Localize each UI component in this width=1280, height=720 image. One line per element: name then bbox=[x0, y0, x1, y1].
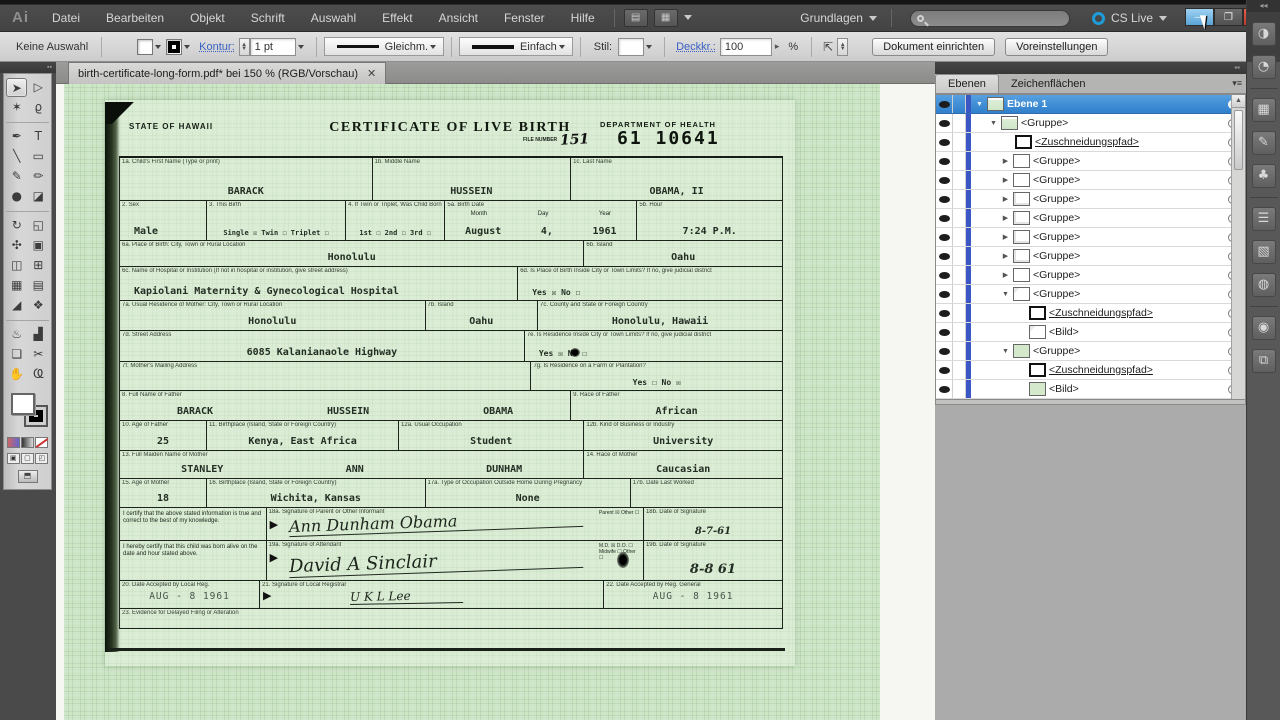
eye-icon bbox=[939, 101, 950, 108]
lock-toggle[interactable] bbox=[953, 133, 966, 151]
menu-separator bbox=[614, 9, 615, 27]
disclosure-icon[interactable]: ▶ bbox=[1001, 195, 1010, 203]
field-label: 7a. Usual Residence of Mother: City, Tow… bbox=[122, 302, 282, 309]
eye-icon bbox=[939, 310, 950, 317]
visibility-toggle[interactable] bbox=[936, 152, 953, 170]
lock-toggle[interactable] bbox=[953, 95, 966, 113]
lock-toggle[interactable] bbox=[953, 266, 966, 284]
eye-icon bbox=[939, 272, 950, 279]
menu-ansicht[interactable]: Ansicht bbox=[426, 7, 491, 29]
stroke-width-caret-icon[interactable] bbox=[298, 45, 304, 49]
field-label: 16. Birthplace (Island, State or Foreign… bbox=[209, 480, 336, 487]
color-panel-icon[interactable]: ◑ bbox=[1252, 22, 1276, 46]
disclosure-icon[interactable]: ▼ bbox=[989, 120, 998, 127]
disclosure-icon[interactable]: ▼ bbox=[1001, 348, 1010, 355]
field-value: OBAMA bbox=[483, 406, 513, 417]
brush-label: Einfach bbox=[520, 41, 557, 53]
layer-row[interactable]: <Bild> bbox=[936, 323, 1245, 342]
cs-live-caret-icon bbox=[1159, 16, 1167, 21]
signature-arrow-icon: ▶ bbox=[263, 589, 271, 602]
zoom-tool[interactable]: Ҩ bbox=[28, 365, 49, 384]
field-value: Yes ☒ No ☐ bbox=[518, 288, 782, 297]
percent-label: % bbox=[788, 41, 798, 53]
layers-panel-footer bbox=[935, 400, 1246, 405]
disclosure-icon[interactable]: ▼ bbox=[1001, 291, 1010, 298]
eraser-tool[interactable]: ◪ bbox=[28, 187, 49, 206]
eyedropper-tool[interactable]: ◢ bbox=[6, 296, 27, 315]
layer-name[interactable]: <Gruppe> bbox=[1033, 345, 1080, 357]
field-value: August bbox=[465, 226, 501, 237]
menu-separator bbox=[891, 9, 892, 27]
none-mode-button[interactable] bbox=[35, 437, 48, 448]
disclosure-icon[interactable]: ▶ bbox=[1001, 252, 1010, 260]
field-value: DUNHAM bbox=[486, 464, 522, 475]
separator bbox=[451, 37, 452, 57]
isolate-stepper[interactable]: ▲▼ bbox=[837, 38, 848, 56]
draw-inside-button[interactable]: ◰ bbox=[35, 453, 48, 464]
visibility-toggle[interactable] bbox=[936, 133, 953, 151]
profile-caret-icon bbox=[430, 45, 436, 49]
field-label: 7f. Mother's Mailing Address bbox=[122, 363, 197, 370]
mesh-tool[interactable]: ▦ bbox=[6, 276, 27, 295]
field-value: Honolulu, Hawaii bbox=[538, 316, 782, 327]
column-graph-tool[interactable]: ▟ bbox=[28, 325, 49, 344]
visibility-toggle[interactable] bbox=[936, 304, 953, 322]
stroke-color-swatch[interactable] bbox=[166, 39, 182, 55]
layer-row[interactable]: ▼<Gruppe> bbox=[936, 114, 1245, 133]
eye-icon bbox=[939, 329, 950, 336]
blend-tool[interactable]: ❖ bbox=[28, 296, 49, 315]
screen-mode-button[interactable]: ⬒ bbox=[18, 470, 38, 483]
panel-collapse-icon[interactable]: ▪▪ bbox=[935, 62, 1246, 74]
fill-stroke-indicator[interactable] bbox=[8, 393, 47, 433]
field-label: 6b. Island bbox=[586, 242, 612, 249]
search-icon bbox=[917, 15, 924, 22]
search-input[interactable] bbox=[910, 10, 1070, 27]
collapsed-panel-dock: ◂◂ ◑ ◔ ▦ ✎ ♣ ☰ ▧ ◍ ◉ ⧉ bbox=[1246, 0, 1280, 720]
layer-name[interactable]: <Gruppe> bbox=[1033, 250, 1080, 262]
selection-status: Keine Auswahl bbox=[16, 41, 88, 53]
document-window: birth-certificate-long-form.pdf* bei 150… bbox=[56, 62, 935, 720]
layer-thumbnail bbox=[1029, 325, 1046, 339]
eye-icon bbox=[939, 348, 950, 355]
field-label: 22. Date Accepted by Reg. General bbox=[606, 582, 700, 589]
layer-thumbnail bbox=[1013, 154, 1030, 168]
field-value: Caucasian bbox=[584, 464, 782, 475]
field-label: 12b. Kind of Business or Industry bbox=[586, 422, 674, 429]
opacity-link[interactable]: Deckkr.: bbox=[676, 41, 716, 53]
style-caret-icon[interactable] bbox=[646, 45, 652, 49]
layer-name[interactable]: <Gruppe> bbox=[1021, 117, 1068, 129]
tab-zeichenflaechen[interactable]: Zeichenflächen bbox=[999, 75, 1098, 93]
document-tab-title: birth-certificate-long-form.pdf* bei 150… bbox=[78, 68, 358, 80]
cs-live-label: CS Live bbox=[1111, 11, 1153, 25]
lock-toggle[interactable] bbox=[953, 190, 966, 208]
parent-other-checkboxes: Parent ☒ Other ☐ bbox=[599, 510, 641, 516]
fill-proxy[interactable] bbox=[11, 393, 35, 415]
field-value: 18 bbox=[120, 493, 206, 504]
field-label: 14. Race of Mother bbox=[586, 452, 637, 459]
width-profile-dropdown[interactable]: Gleichm. bbox=[324, 37, 444, 56]
layer-thumbnail bbox=[1029, 382, 1046, 396]
workspace-label: Grundlagen bbox=[800, 11, 863, 25]
visibility-toggle[interactable] bbox=[936, 171, 953, 189]
layer-row[interactable]: ▶<Gruppe> bbox=[936, 152, 1245, 171]
field-value: Yes ☒ No ☐ bbox=[525, 349, 782, 358]
workspace-caret-icon bbox=[869, 16, 877, 21]
layer-thumbnail bbox=[1013, 211, 1030, 225]
birth-certificate-document[interactable]: STATE OF HAWAII CERTIFICATE OF LIVE BIRT… bbox=[105, 100, 795, 666]
gradient-tool[interactable]: ▤ bbox=[28, 276, 49, 295]
pencil-tool[interactable]: ✏ bbox=[28, 167, 49, 186]
field-label: 2. Sex bbox=[122, 202, 139, 209]
swatches-panel-icon[interactable]: ▦ bbox=[1252, 98, 1276, 122]
opacity-value: 100 bbox=[725, 41, 743, 53]
lock-toggle[interactable] bbox=[953, 285, 966, 303]
layer-name[interactable]: <Zuschneidungspfad> bbox=[1035, 136, 1139, 148]
opacity-input[interactable]: 100 bbox=[720, 38, 772, 56]
sub-label: Year bbox=[599, 211, 611, 217]
disclosure-icon[interactable]: ▶ bbox=[1001, 271, 1010, 279]
color-guide-panel-icon[interactable]: ◔ bbox=[1252, 55, 1276, 79]
profile-label: Gleichm. bbox=[385, 41, 428, 53]
field-label: 9. Race of Father bbox=[573, 392, 619, 399]
visibility-toggle[interactable] bbox=[936, 361, 953, 379]
field-label: 3. This Birth bbox=[209, 202, 241, 209]
eye-icon bbox=[939, 367, 950, 374]
ink-blob bbox=[617, 552, 629, 568]
visibility-toggle[interactable] bbox=[936, 209, 953, 227]
lock-toggle[interactable] bbox=[953, 247, 966, 265]
field-label: 20. Date Accepted by Local Reg. bbox=[122, 582, 209, 589]
width-tool[interactable]: ✣ bbox=[6, 236, 27, 255]
scroll-up-icon[interactable]: ▲ bbox=[1232, 95, 1245, 108]
layer-row[interactable]: ▶<Gruppe> bbox=[936, 266, 1245, 285]
layer-thumbnail bbox=[1001, 116, 1018, 130]
appearance-panel-icon[interactable]: ◉ bbox=[1252, 316, 1276, 340]
tab-close-icon[interactable]: ✕ bbox=[367, 67, 376, 80]
lasso-tool[interactable]: ϱ bbox=[28, 98, 49, 117]
field-label: 7b. Island bbox=[428, 302, 454, 309]
signature-date: 8-7-61 bbox=[644, 526, 782, 537]
lock-toggle[interactable] bbox=[953, 114, 966, 132]
layer-thumbnail bbox=[1013, 192, 1030, 206]
tab-ebenen[interactable]: Ebenen bbox=[935, 74, 999, 93]
lock-toggle[interactable] bbox=[953, 380, 966, 398]
field-value: Single ☒ Twin ☐ Triplet ☐ bbox=[207, 229, 345, 237]
layer-name[interactable]: <Gruppe> bbox=[1033, 174, 1080, 186]
visibility-toggle[interactable] bbox=[936, 380, 953, 398]
visibility-toggle[interactable] bbox=[936, 323, 953, 341]
disclosure-icon[interactable]: ▶ bbox=[1001, 214, 1010, 222]
field-label: 6d. Is Place of Birth Inside City or Tow… bbox=[520, 268, 712, 275]
separator bbox=[580, 37, 581, 57]
dock-separator bbox=[1250, 88, 1278, 89]
opacity-spinner-icon[interactable]: ▸ bbox=[775, 41, 780, 52]
workspace-switcher[interactable]: Grundlagen bbox=[792, 8, 885, 28]
dock-expand-icon[interactable]: ◂◂ bbox=[1247, 0, 1280, 12]
selection-tool[interactable]: ➤ bbox=[6, 78, 27, 97]
gradient-panel-icon[interactable]: ▧ bbox=[1252, 240, 1276, 264]
eye-icon bbox=[939, 158, 950, 165]
certify-statement: I certify that the above stated informat… bbox=[120, 508, 266, 525]
layer-row[interactable]: ▶<Gruppe> bbox=[936, 171, 1245, 190]
scrollbar-thumb[interactable] bbox=[1234, 110, 1243, 170]
gradient-mode-button[interactable] bbox=[21, 437, 34, 448]
field-value: ANN bbox=[346, 464, 364, 475]
eye-icon bbox=[939, 253, 950, 260]
layers-panel-tabs: Ebenen Zeichenflächen ▾≡ bbox=[935, 74, 1246, 94]
visibility-toggle[interactable] bbox=[936, 190, 953, 208]
symbols-panel-icon[interactable]: ♣ bbox=[1252, 164, 1276, 188]
draw-normal-button[interactable]: ▣ bbox=[7, 453, 20, 464]
symbol-sprayer-tool[interactable]: ♨ bbox=[6, 325, 27, 344]
layer-thumbnail bbox=[1013, 173, 1030, 187]
menu-fenster[interactable]: Fenster bbox=[491, 7, 558, 29]
visibility-toggle[interactable] bbox=[936, 114, 953, 132]
field-label: 21. Signature of Local Registrar bbox=[262, 582, 346, 589]
color-mode-button[interactable] bbox=[7, 437, 20, 448]
transparency-panel-icon[interactable]: ◍ bbox=[1252, 273, 1276, 297]
field-label: 23. Evidence for Delayed Filing or Alter… bbox=[122, 610, 239, 617]
lock-toggle[interactable] bbox=[953, 342, 966, 360]
layer-name[interactable]: <Bild> bbox=[1049, 383, 1079, 395]
menu-schrift[interactable]: Schrift bbox=[238, 7, 298, 29]
paintbrush-tool[interactable]: ✎ bbox=[6, 167, 27, 186]
field-label: 19a. Signature of Attendant bbox=[269, 542, 342, 549]
menu-datei[interactable]: Datei bbox=[39, 7, 93, 29]
style-label: Stil: bbox=[594, 41, 612, 53]
shape-builder-tool[interactable]: ◫ bbox=[6, 256, 27, 275]
document-setup-button[interactable]: Dokument einrichten bbox=[872, 38, 995, 56]
date-stamp: AUG - 8 1961 bbox=[604, 591, 782, 602]
control-bar: Keine Auswahl Kontur: ▲▼ 1 pt Gleichm. E… bbox=[0, 32, 1280, 62]
layer-thumbnail bbox=[1013, 268, 1030, 282]
hand-tool[interactable]: ✋ bbox=[6, 365, 27, 384]
field-label: 18b. Date of Signature bbox=[646, 509, 706, 516]
layer-name[interactable]: <Gruppe> bbox=[1033, 288, 1080, 300]
uniform-profile-icon bbox=[337, 45, 379, 48]
lock-toggle[interactable] bbox=[953, 152, 966, 170]
field-label: 11. Birthplace (Island, State or Foreign… bbox=[209, 422, 336, 429]
tools-collapse-icon[interactable]: ▪▪ bbox=[0, 62, 56, 73]
field-label: 12a. Usual Occupation bbox=[401, 422, 462, 429]
ink-blob bbox=[570, 348, 580, 357]
date-stamp: AUG - 8 1961 bbox=[120, 591, 259, 602]
field-label: 1b. Middle Name bbox=[375, 159, 420, 166]
disclosure-icon[interactable]: ▶ bbox=[1001, 233, 1010, 241]
signature-arrow-icon: ▶ bbox=[270, 518, 278, 531]
field-value: 1961 bbox=[592, 226, 616, 237]
lock-toggle[interactable] bbox=[953, 209, 966, 227]
cs-live-icon bbox=[1092, 12, 1105, 25]
tools-panel: ▪▪ ➤ ▷ ✶ ϱ ✒ T ╲ ▭ ✎ ✏ ● ◪ ↻ ◱ bbox=[0, 62, 56, 720]
field-label: 5a. Birth Date bbox=[447, 202, 484, 209]
stroke-width-input[interactable]: 1 pt bbox=[250, 38, 296, 56]
basic-brush-icon bbox=[472, 45, 514, 49]
field-value: 1st ☐ 2nd ☐ 3rd ☐ bbox=[346, 229, 444, 237]
field-label: 1c. Last Name bbox=[573, 159, 612, 166]
field-label: 6c. Name of Hospital or Institution (If … bbox=[122, 268, 348, 275]
lock-toggle[interactable] bbox=[953, 323, 966, 341]
layer-row[interactable]: ▶<Gruppe> bbox=[936, 190, 1245, 209]
page-binding-edge bbox=[105, 108, 120, 652]
field-label: 5b. Hour bbox=[639, 202, 662, 209]
layer-row[interactable]: <Bild> bbox=[936, 380, 1245, 399]
rectangle-tool[interactable]: ▭ bbox=[28, 147, 49, 166]
stroke-panel-link[interactable]: Kontur: bbox=[199, 41, 234, 53]
arrange-documents-icon[interactable]: ▦ bbox=[654, 9, 678, 27]
direct-selection-tool[interactable]: ▷ bbox=[28, 78, 49, 97]
lock-toggle[interactable] bbox=[953, 171, 966, 189]
brush-caret-icon bbox=[559, 45, 565, 49]
blob-brush-tool[interactable]: ● bbox=[6, 187, 27, 206]
layer-row[interactable]: ▶<Gruppe> bbox=[936, 209, 1245, 228]
lock-toggle[interactable] bbox=[953, 228, 966, 246]
panel-menu-icon[interactable]: ▾≡ bbox=[1232, 78, 1242, 89]
visibility-toggle[interactable] bbox=[936, 228, 953, 246]
disclosure-icon[interactable]: ▼ bbox=[975, 101, 984, 108]
field-label: 8. Full Name of Father bbox=[122, 392, 182, 399]
field-label: 4. If Twin or Triplet, Was Child Born bbox=[348, 202, 442, 209]
lock-toggle[interactable] bbox=[953, 304, 966, 322]
dock-separator bbox=[1250, 306, 1278, 307]
pen-tool[interactable]: ✒ bbox=[6, 127, 27, 146]
perspective-grid-tool[interactable]: ⊞ bbox=[28, 256, 49, 275]
eye-icon bbox=[939, 177, 950, 184]
rotate-tool[interactable]: ↻ bbox=[6, 216, 27, 235]
illustrator-logo: Ai bbox=[12, 9, 29, 26]
artwork-canvas[interactable]: STATE OF HAWAII CERTIFICATE OF LIVE BIRT… bbox=[64, 84, 880, 720]
field-value: University bbox=[584, 436, 782, 447]
preferences-button[interactable]: Voreinstellungen bbox=[1005, 38, 1108, 56]
field-label: 19b. Date of Signature bbox=[646, 542, 706, 549]
layer-row[interactable]: <Zuschneidungspfad> bbox=[936, 304, 1245, 323]
separator bbox=[664, 37, 665, 57]
line-segment-tool[interactable]: ╲ bbox=[6, 147, 27, 166]
layer-row[interactable]: ▶<Gruppe> bbox=[936, 247, 1245, 266]
cs-live-menu[interactable]: CS Live bbox=[1092, 11, 1167, 25]
layer-row[interactable]: <Zuschneidungspfad> bbox=[936, 133, 1245, 152]
field-value: Honolulu bbox=[120, 316, 425, 327]
field-value: Oahu bbox=[426, 316, 538, 327]
lock-toggle[interactable] bbox=[953, 361, 966, 379]
field-value: 7:24 P.M. bbox=[637, 226, 782, 237]
eye-icon bbox=[939, 120, 950, 127]
certificate-form: 1a. Child's First Name (Type or print)BA… bbox=[119, 158, 783, 629]
layer-row[interactable]: ▼Ebene 1 bbox=[936, 95, 1245, 114]
stroke-caret-icon[interactable] bbox=[184, 45, 190, 49]
layer-thumbnail bbox=[1013, 249, 1030, 263]
menu-hilfe[interactable]: Hilfe bbox=[558, 7, 608, 29]
scale-tool[interactable]: ◱ bbox=[28, 216, 49, 235]
visibility-toggle[interactable] bbox=[936, 247, 953, 265]
restore-button[interactable]: ❐ bbox=[1214, 8, 1243, 26]
draw-behind-button[interactable]: ▢ bbox=[21, 453, 34, 464]
layer-thumbnail bbox=[987, 97, 1004, 111]
layer-row[interactable]: ▼<Gruppe> bbox=[936, 342, 1245, 361]
layer-name[interactable]: <Gruppe> bbox=[1033, 269, 1080, 281]
fill-color-swatch[interactable] bbox=[137, 39, 153, 55]
menu-objekt[interactable]: Objekt bbox=[177, 7, 238, 29]
certify-statement: I hereby certify that this child was bor… bbox=[120, 541, 266, 558]
field-value: HUSSEIN bbox=[373, 186, 571, 197]
layer-name[interactable]: Ebene 1 bbox=[1007, 98, 1047, 110]
main-menu: Datei Bearbeiten Objekt Schrift Auswahl … bbox=[39, 7, 608, 29]
disclosure-icon[interactable]: ▶ bbox=[1001, 157, 1010, 165]
layer-name[interactable]: <Zuschneidungspfad> bbox=[1049, 364, 1153, 376]
sub-label: Day bbox=[538, 211, 549, 217]
brushes-panel-icon[interactable]: ✎ bbox=[1252, 131, 1276, 155]
fill-caret-icon[interactable] bbox=[155, 45, 161, 49]
signature-date: 8-8 61 bbox=[644, 562, 782, 577]
magic-wand-tool[interactable]: ✶ bbox=[6, 98, 27, 117]
menu-bar: Ai Datei Bearbeiten Objekt Schrift Auswa… bbox=[0, 0, 1280, 32]
menu-bearbeiten[interactable]: Bearbeiten bbox=[93, 7, 177, 29]
stroke-panel-icon[interactable]: ☰ bbox=[1252, 207, 1276, 231]
field-value: None bbox=[426, 493, 630, 504]
field-label: 15. Age of Mother bbox=[122, 480, 169, 487]
menu-effekt[interactable]: Effekt bbox=[369, 7, 425, 29]
layer-row[interactable]: <Zuschneidungspfad> bbox=[936, 361, 1245, 380]
bridge-icon[interactable]: ▤ bbox=[624, 9, 648, 27]
visibility-toggle[interactable] bbox=[936, 285, 953, 303]
visibility-toggle[interactable] bbox=[936, 266, 953, 284]
layer-row[interactable]: ▼<Gruppe> bbox=[936, 285, 1245, 304]
slice-tool[interactable]: ✂ bbox=[28, 345, 49, 364]
stroke-width-stepper[interactable]: ▲▼ bbox=[239, 38, 250, 56]
dock-separator bbox=[1250, 197, 1278, 198]
document-tab-bar: birth-certificate-long-form.pdf* bei 150… bbox=[56, 62, 935, 84]
field-value: STANLEY bbox=[181, 464, 223, 475]
style-dropdown[interactable] bbox=[618, 38, 644, 56]
layer-name[interactable]: <Gruppe> bbox=[1033, 212, 1080, 224]
layer-name[interactable]: <Bild> bbox=[1049, 326, 1079, 338]
layer-name[interactable]: <Gruppe> bbox=[1033, 231, 1080, 243]
free-transform-tool[interactable]: ▣ bbox=[28, 236, 49, 255]
field-value: Kapiolani Maternity & Gynecological Hosp… bbox=[120, 286, 517, 297]
stroke-width-value: 1 pt bbox=[255, 41, 273, 53]
isolate-selection-icon[interactable]: ⇱ bbox=[823, 40, 833, 54]
layer-name[interactable]: <Gruppe> bbox=[1033, 155, 1080, 167]
field-value: Honolulu bbox=[120, 252, 583, 263]
field-value: 6085 Kalanianaole Highway bbox=[120, 347, 524, 358]
arrange-documents-caret-icon[interactable] bbox=[684, 15, 692, 20]
field-label: 10. Age of Father bbox=[122, 422, 168, 429]
type-tool[interactable]: T bbox=[28, 127, 49, 146]
links-panel-icon[interactable]: ⧉ bbox=[1252, 349, 1276, 373]
layer-row[interactable]: ▶<Gruppe> bbox=[936, 228, 1245, 247]
layer-name[interactable]: <Zuschneidungspfad> bbox=[1049, 307, 1153, 319]
artboard-tool[interactable]: ❏ bbox=[6, 345, 27, 364]
visibility-toggle[interactable] bbox=[936, 342, 953, 360]
brush-definition-dropdown[interactable]: Einfach bbox=[459, 37, 573, 56]
attendant-signature: David A Sinclair bbox=[288, 546, 583, 578]
layers-scrollbar[interactable]: ▲ bbox=[1231, 95, 1245, 399]
eye-icon bbox=[939, 215, 950, 222]
visibility-toggle[interactable] bbox=[936, 95, 953, 113]
layer-thumbnail bbox=[1013, 230, 1030, 244]
sub-label: Month bbox=[471, 211, 488, 217]
disclosure-icon[interactable]: ▶ bbox=[1001, 176, 1010, 184]
layer-name[interactable]: <Gruppe> bbox=[1033, 193, 1080, 205]
menu-auswahl[interactable]: Auswahl bbox=[298, 7, 369, 29]
field-label: 1a. Child's First Name (Type or print) bbox=[122, 159, 220, 166]
layer-thumbnail bbox=[1013, 287, 1030, 301]
document-tab[interactable]: birth-certificate-long-form.pdf* bei 150… bbox=[68, 62, 386, 84]
field-label: 17a. Type of Occupation Outside Home Dur… bbox=[428, 480, 583, 487]
field-label: 17b. Date Last Worked bbox=[633, 480, 694, 487]
